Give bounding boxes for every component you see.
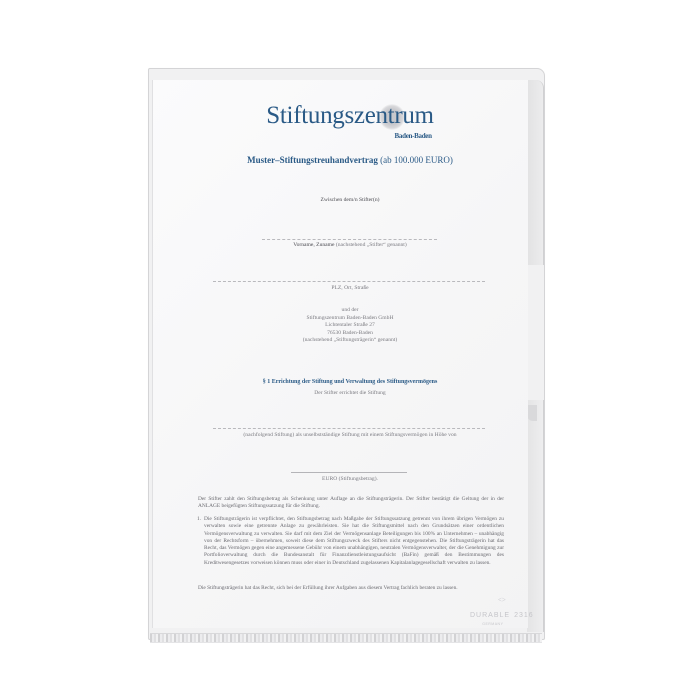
durable-logo-icon: <> xyxy=(470,596,534,604)
address-label: PLZ, Ort, Straße xyxy=(0,285,700,292)
logo: Stiftungszentrum Baden-Baden xyxy=(0,102,700,130)
paragraph-advice: Die Stiftungsträgerin hat das Recht, sic… xyxy=(198,585,504,592)
list-item-1: 1. Die Stiftungsträgerin ist verpflichte… xyxy=(204,516,504,567)
party-name: Stiftungszentrum Baden-Baden GmbH xyxy=(0,315,700,322)
paragraph-donation: Der Stifter zahlt den Stiftungsbetrag al… xyxy=(198,496,504,511)
list-item-number: 1. xyxy=(197,516,201,523)
between-label: Zwischen dem/n Stifter(n) xyxy=(0,197,700,204)
and-label: und der xyxy=(0,307,700,314)
party-street: Lichtentaler Straße 27 xyxy=(0,322,700,329)
party-city: 76530 Baden-Baden xyxy=(0,330,700,337)
party-note: (nachstehend „Stiftungsträgerin“ genannt… xyxy=(0,337,700,344)
section-subheading: Der Stifter errichtet die Stiftung xyxy=(0,390,700,397)
sleeve-tab-notch xyxy=(527,405,537,421)
document-title: Muster–Stiftungstreuhandvertrag (ab 100.… xyxy=(0,155,700,165)
watermark-country: GERMANY xyxy=(470,622,516,626)
document-title-main: Muster–Stiftungstreuhandvertrag xyxy=(247,155,378,165)
section-heading: § 1 Errichtung der Stiftung und Verwaltu… xyxy=(0,379,700,386)
amount-line xyxy=(291,472,407,473)
logo-subtitle: Baden-Baden xyxy=(395,132,432,140)
watermark-brand: DURABLE xyxy=(470,612,510,619)
watermark-model: 2316 xyxy=(514,612,534,619)
address-line xyxy=(213,281,485,282)
list-item-text: Die Stiftungsträgerin ist verpflichtet, … xyxy=(204,516,504,566)
name-label: Vorname, Zuname (nachstehend „Stifter“ g… xyxy=(0,242,700,249)
foundation-name-line xyxy=(213,428,485,429)
document-title-amount: (ab 100.000 EURO) xyxy=(380,155,453,165)
name-signature-line xyxy=(262,239,437,240)
folder-watermark: <> DURABLE 2316 GERMANY xyxy=(470,596,534,626)
foundation-description: (nachfolgend Stiftung) als unselbstständ… xyxy=(0,432,700,439)
logo-name: Stiftungszentrum xyxy=(266,102,433,129)
sleeve-perforation xyxy=(150,633,542,643)
amount-label: EURO (Stiftungsbetrag). xyxy=(0,476,700,483)
